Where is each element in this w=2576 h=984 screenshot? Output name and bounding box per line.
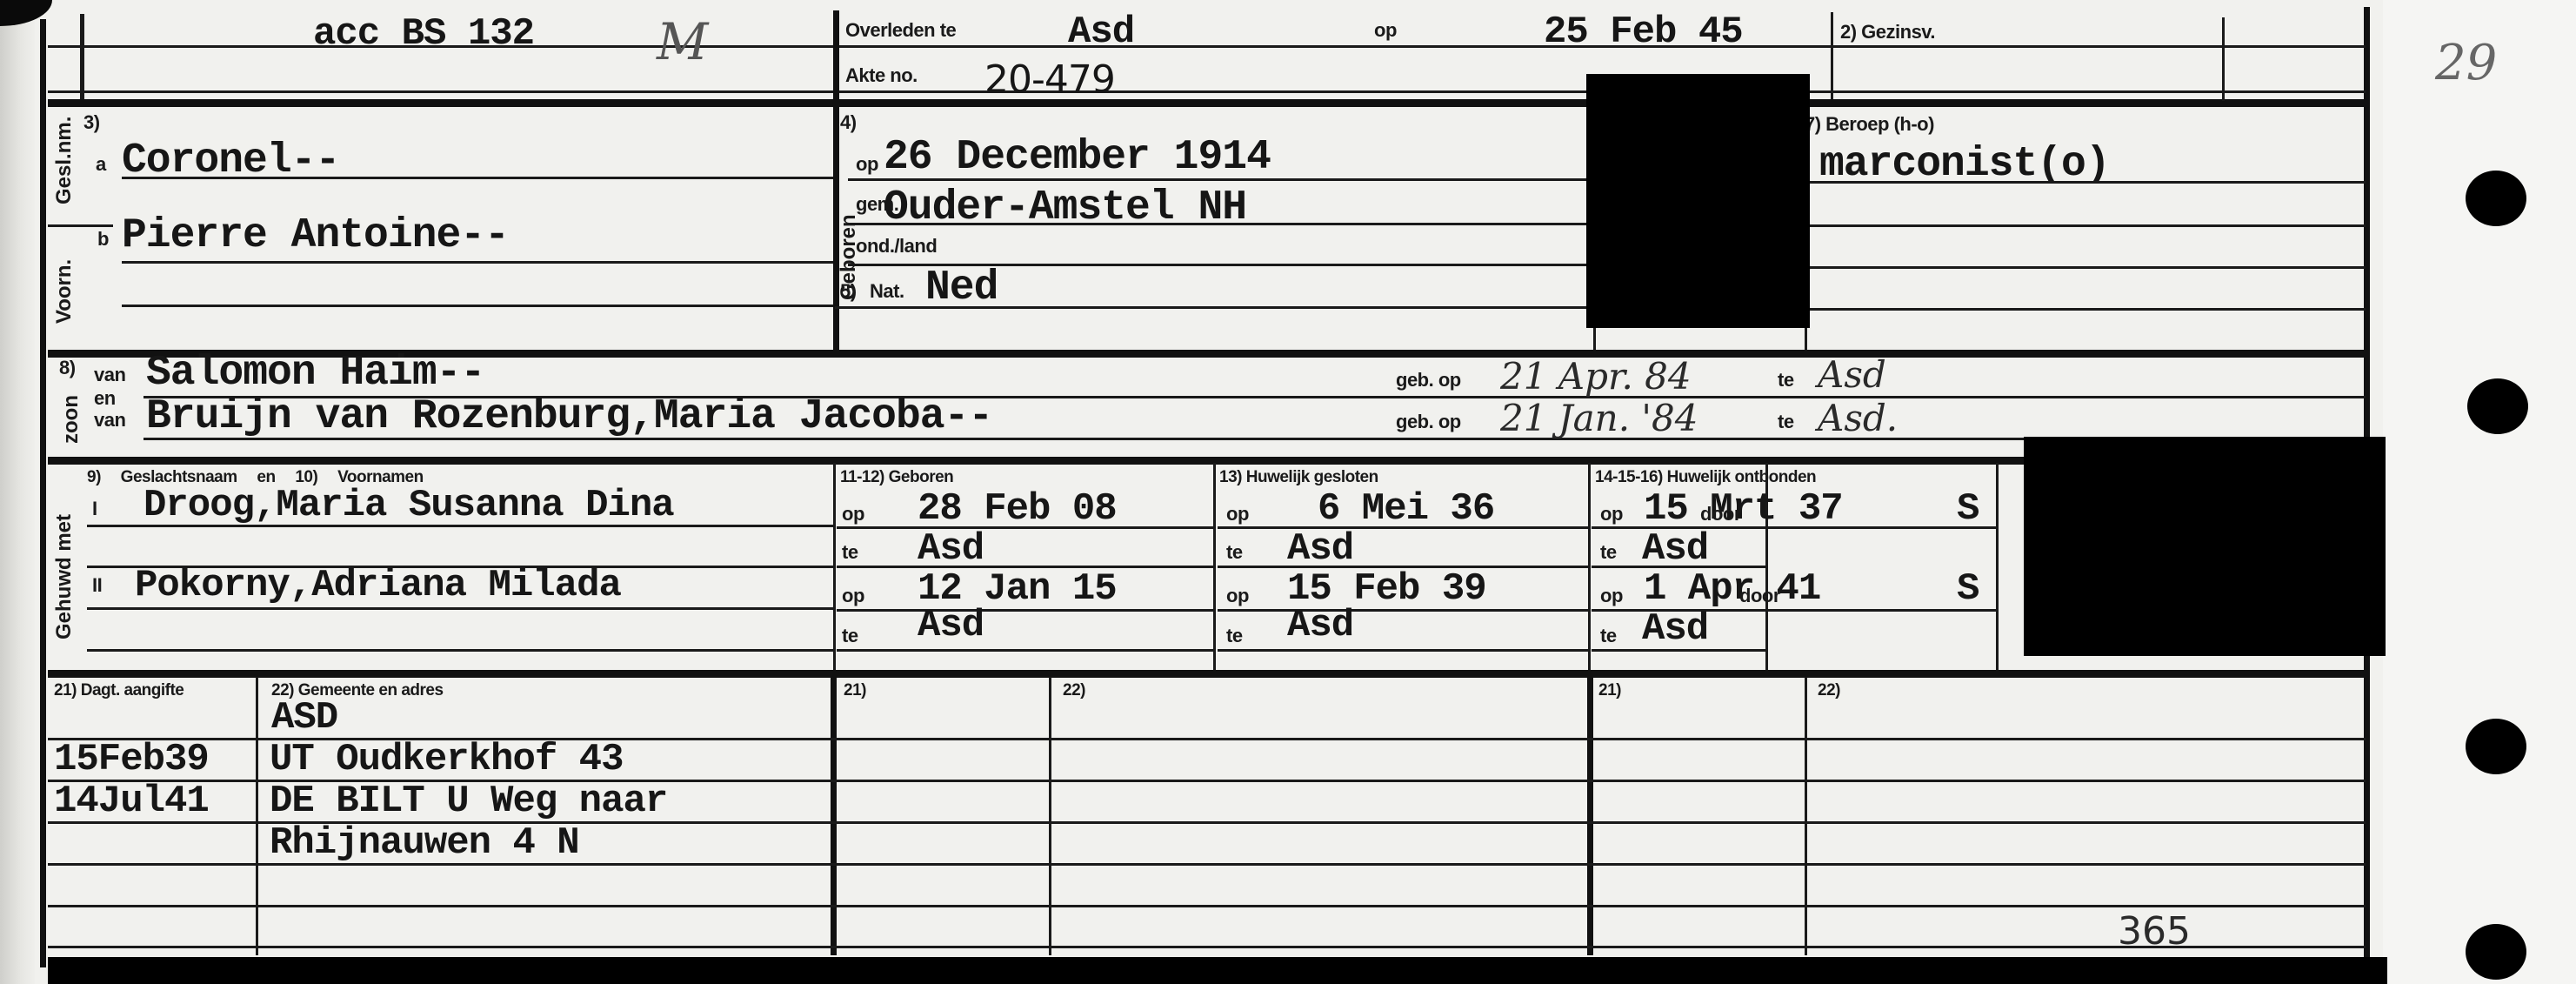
married-header: 13) Huwelijk gesloten [1219,468,1378,487]
mother-birth-date: 21 Jan. '84 [1500,397,1698,439]
marriage-1-born-te-label: te [842,541,858,564]
address-col2-date-header: 21) [844,681,866,700]
header-thick-line [48,99,2366,107]
marriage-2-dissolved-te-label: te [1600,625,1617,647]
occupation-label: 7) Beroep (h-o) [1805,113,1934,136]
person-section-number: 3) [83,111,100,134]
scan-edge [0,0,35,984]
address-col-divider-3 [1049,677,1051,955]
marriage-1-born-op-label: op [842,503,864,525]
address-row-3-date: 14Jul41 [54,780,209,823]
marriage-1-dissolved-date: 15 Mrt 37 [1644,487,1843,531]
birth-date-label: op [856,153,878,176]
redaction-block-photo [1586,74,1810,328]
marriage-2-born-place-line [837,649,1213,652]
occupation-line-3 [1809,266,2366,269]
given-names-marker: b [97,228,109,251]
redaction-bar-bottom [48,957,2387,984]
marriage-1-dissolved-te-label: te [1600,541,1617,564]
marriages-side-label: Gehuwd met [52,514,77,639]
address-col-divider-2 [831,677,837,955]
address-col3-address-header: 22) [1818,681,1840,700]
father-birth-date: 21 Apr. 84 [1500,355,1692,398]
marriage-1-dissolved-op-label: op [1600,503,1623,525]
nationality: Ned [925,264,998,311]
marriage-2-marker: II [92,574,102,597]
marriage-1-door-line [1765,526,1996,529]
marriage-2-door-line [1765,609,1996,612]
punch-hole-3 [2466,719,2526,774]
address-row-1-address: ASD [271,696,337,740]
footer-number: 365 [2118,909,2191,954]
address-line-5 [48,905,2366,907]
surname-side-label: Gesl.nm. [52,117,77,204]
marriage-1-spouse: Droog,Maria Susanna Dina [143,484,674,527]
surname-line [122,177,833,179]
mother-name: Bruijn van Rozenburg,Maria Jacoba-- [146,393,992,440]
marriage-1-married-date-line [1218,526,1588,529]
address-col2-address-header: 22) [1063,681,1085,700]
deed-number-label: Akte no. [845,64,918,87]
address-row-4-address: Rhijnauwen 4 N [270,821,579,865]
address-row-2-date: 15Feb39 [54,738,209,781]
birth-municipality-line [848,223,1587,225]
punched-margin [2383,0,2576,984]
redaction-block-right [2024,437,2386,656]
marriage-2-dissolved-op-label: op [1600,585,1623,607]
given-side-label: Voorn. [52,259,77,324]
mother-birth-label: geb. op [1396,411,1461,433]
given-names-line [122,261,833,264]
dissolved-header: 14-15-16) Huwelijk ontbonden [1595,468,1816,487]
nationality-label: Nat. [870,280,904,303]
nationality-line [835,306,1587,309]
father-name: Salomon Haim-- [146,350,484,397]
marriage-1-dissolved-place: Asd [1642,527,1708,571]
parents-side-label: zoon [59,395,83,444]
marriage-1-married-te-label: te [1226,541,1243,564]
top-left-rail [80,14,84,99]
gesl-voorn-split [48,224,113,227]
personal-record-card: acc BS 132 M Overleden te Asd op 25 Feb … [0,0,2576,984]
left-border [40,19,46,967]
gezinsv-divider-left [1831,12,1833,99]
address-col-divider-5 [1805,677,1807,955]
family-status-label: 2) Gezinsv. [1840,21,1935,44]
birth-date-line [848,178,1587,181]
parents-section-number: 8) [59,357,76,379]
marriages-divider-1 [833,463,836,674]
nationality-number: 5) [840,280,857,303]
address-row-2-address: UT Oudkerkhof 43 [270,738,623,781]
deed-number: 20-479 [984,57,1115,102]
birth-section-number: 4) [840,111,857,134]
marriage-2-married-place: Asd [1287,604,1353,647]
birth-date: 26 December 1914 [884,134,1271,181]
marriage-1-born-place: Asd [918,527,984,571]
father-birth-place: Asd [1818,353,1886,396]
address-line-4 [48,863,2366,866]
marriage-2-born-date-line [837,609,1213,612]
marriage-2-born-te-label: te [842,625,858,647]
death-date: 25 Feb 45 [1544,10,1743,54]
occupation-line-2 [1809,224,2366,227]
punch-hole-4 [2466,924,2526,980]
marriage-1-married-op-label: op [1226,503,1249,525]
addresses-top-line [48,670,2366,678]
address-col-divider-1 [256,677,258,955]
given-names-line-2 [122,305,833,307]
margin-number: 29 [2435,35,2497,91]
marriage-2-born-place: Asd [918,604,984,647]
marriage-2-married-date-line [1218,609,1588,612]
father-birth-place-label: te [1778,369,1794,392]
marriage-2-dissolved-place: Asd [1642,607,1708,651]
header-line-2 [48,90,2366,93]
marriages-divider-2 [1213,463,1216,674]
marriage-2-born-op-label: op [842,585,864,607]
marriage-1-spouse-line [87,525,833,527]
death-date-label: op [1374,19,1397,42]
marriages-divider-3 [1588,463,1591,674]
address-row-3-address: DE BILT U Weg naar [270,780,667,823]
marriages-divider-5 [1996,463,1999,674]
archive-reference: acc BS 132 [313,12,534,56]
mother-birth-place: Asd. [1818,397,1898,439]
born-header: 11-12) Geboren [840,468,953,487]
surname-marker: a [96,153,106,176]
marriages-top-line [48,457,2366,465]
address-date-header: 21) Dagt. aangifte [54,681,184,700]
occupation-line-4 [1809,308,2366,311]
father-label: van [94,364,125,386]
marriage-2-dissolved-date: 1 Apr 41 [1644,567,1820,611]
marriage-2-dissolved-place-line [1592,649,1765,652]
death-place: Asd [1068,10,1134,54]
header-divider [833,10,839,103]
marriage-2-married-te-label: te [1226,625,1243,647]
marriage-2-door-label: door [1739,585,1780,607]
birth-country-label: ond./land [856,235,937,258]
marriage-2-spacer-line [87,649,833,652]
address-col3-date-header: 21) [1598,681,1621,700]
marriage-1-marker: I [92,498,97,520]
marriage-1-born-date: 28 Feb 08 [918,487,1117,531]
marriage-2-dissolved-by: S [1957,567,1979,611]
marriage-1-born-date-line [837,526,1213,529]
mother-label: van [94,409,125,432]
marriage-1-dissolved-by: S [1957,487,1979,531]
marriage-1-married-date: 6 Mei 36 [1318,487,1494,531]
address-line-6 [48,946,2366,948]
initials-mark: M [657,12,708,71]
father-birth-label: geb. op [1396,369,1461,392]
address-col-divider-4 [1587,677,1593,955]
punch-hole-1 [2466,171,2526,226]
parents-connector-label: en [94,387,116,410]
punch-hole-2 [2467,378,2528,434]
marriage-2-married-place-line [1218,649,1588,652]
occupation-line-1 [1809,181,2366,184]
mother-birth-place-label: te [1778,411,1794,433]
marriage-1-door-label: door [1700,503,1741,525]
death-place-label: Overleden te [845,19,956,42]
marriage-2-spouse: Pokorny,Adriana Milada [135,564,621,607]
marriage-2-married-op-label: op [1226,585,1249,607]
gezinsv-divider-right [2222,17,2225,101]
marriage-2-spouse-line [87,607,833,610]
given-names: Pierre Antoine-- [122,212,509,259]
marriage-1-married-place: Asd [1287,527,1353,571]
